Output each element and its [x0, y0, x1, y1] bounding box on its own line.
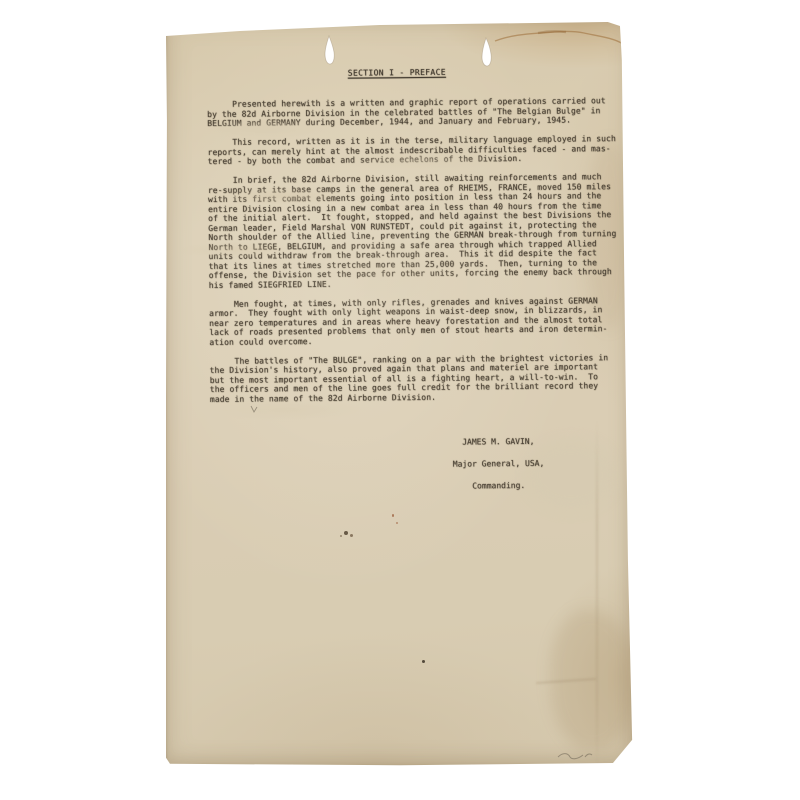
document-page: SECTION I - PREFACE Presented herewith i… — [166, 20, 634, 766]
stain-tide-line — [495, 31, 623, 44]
pencil-squiggle — [558, 754, 592, 759]
photo-background: SECTION I - PREFACE Presented herewith i… — [0, 0, 800, 800]
punch-hole-right — [482, 38, 491, 66]
pencil-tick — [251, 406, 257, 412]
punch-hole-left — [325, 36, 334, 64]
paper-marks — [166, 20, 634, 766]
